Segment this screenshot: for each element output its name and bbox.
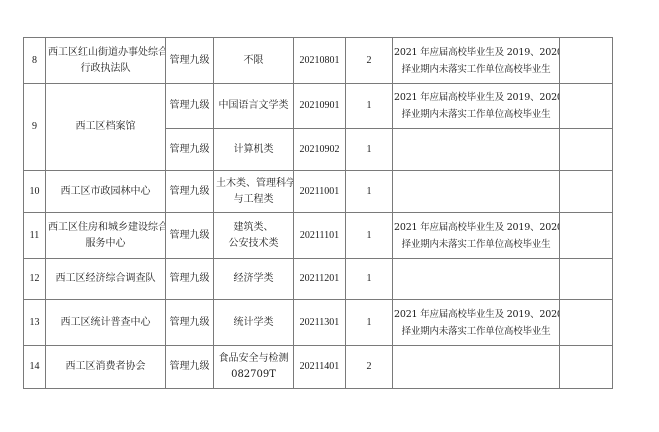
table-row: 11 西工区住房和城乡建设综合 服务中心 管理九级 建筑类、 公安技术类 202… [24, 213, 613, 259]
applicant-requirement: 2021 年应届高校毕业生及 2019、2020 年 择业期内未落实工作单位高校… [393, 84, 560, 129]
applicant-requirement: 2021 年应届高校毕业生及 2019、2020 年 择业期内未落实工作单位高校… [393, 38, 560, 84]
major-requirement: 统计学类 [214, 300, 294, 346]
note-cell [560, 259, 613, 300]
position-level: 管理九级 [166, 259, 214, 300]
position-level: 管理九级 [166, 300, 214, 346]
applicant-requirement [393, 171, 560, 213]
employer-unit: 西工区住房和城乡建设综合 服务中心 [46, 213, 166, 259]
hiring-count: 1 [346, 213, 393, 259]
major-requirement: 中国语言文学类 [214, 84, 294, 129]
row-index: 8 [24, 38, 46, 84]
position-code: 20210902 [294, 129, 346, 171]
position-level: 管理九级 [166, 213, 214, 259]
note-cell [560, 346, 613, 389]
note-cell [560, 129, 613, 171]
row-index: 10 [24, 171, 46, 213]
position-level: 管理九级 [166, 84, 214, 129]
row-index: 13 [24, 300, 46, 346]
employer-unit: 西工区统计普查中心 [46, 300, 166, 346]
table-row: 14 西工区消费者协会 管理九级 食品安全与检测 082709T 2021140… [24, 346, 613, 389]
hiring-count: 1 [346, 171, 393, 213]
position-code: 20211201 [294, 259, 346, 300]
position-level: 管理九级 [166, 38, 214, 84]
hiring-count: 1 [346, 300, 393, 346]
position-code: 20210801 [294, 38, 346, 84]
applicant-requirement [393, 346, 560, 389]
row-index: 9 [24, 84, 46, 171]
position-code: 20210901 [294, 84, 346, 129]
major-requirement: 不限 [214, 38, 294, 84]
table-row: 8 西工区红山街道办事处综合 行政执法队 管理九级 不限 20210801 2 … [24, 38, 613, 84]
employer-unit: 西工区消费者协会 [46, 346, 166, 389]
position-level: 管理九级 [166, 346, 214, 389]
hiring-count: 1 [346, 84, 393, 129]
note-cell [560, 84, 613, 129]
hiring-count: 2 [346, 346, 393, 389]
employer-unit: 西工区档案馆 [46, 84, 166, 171]
table-row: 12 西工区经济综合调查队 管理九级 经济学类 20211201 1 [24, 259, 613, 300]
applicant-requirement: 2021 年应届高校毕业生及 2019、2020 年 择业期内未落实工作单位高校… [393, 300, 560, 346]
row-index: 12 [24, 259, 46, 300]
major-requirement: 经济学类 [214, 259, 294, 300]
position-level: 管理九级 [166, 129, 214, 171]
note-cell [560, 171, 613, 213]
major-requirement: 土木类、管理科学 与工程类 [214, 171, 294, 213]
major-requirement: 建筑类、 公安技术类 [214, 213, 294, 259]
hiring-count: 2 [346, 38, 393, 84]
applicant-requirement [393, 129, 560, 171]
employer-unit: 西工区红山街道办事处综合 行政执法队 [46, 38, 166, 84]
applicant-requirement: 2021 年应届高校毕业生及 2019、2020 年 择业期内未落实工作单位高校… [393, 213, 560, 259]
position-code: 20211101 [294, 213, 346, 259]
position-code: 20211401 [294, 346, 346, 389]
position-level: 管理九级 [166, 171, 214, 213]
note-cell [560, 213, 613, 259]
hiring-count: 1 [346, 129, 393, 171]
position-code: 20211301 [294, 300, 346, 346]
row-index: 11 [24, 213, 46, 259]
major-requirement: 食品安全与检测 082709T [214, 346, 294, 389]
table-row: 9 西工区档案馆 管理九级 中国语言文学类 20210901 1 2021 年应… [24, 84, 613, 129]
position-code: 20211001 [294, 171, 346, 213]
note-cell [560, 38, 613, 84]
major-requirement: 计算机类 [214, 129, 294, 171]
employer-unit: 西工区市政园林中心 [46, 171, 166, 213]
job-positions-table: 8 西工区红山街道办事处综合 行政执法队 管理九级 不限 20210801 2 … [23, 37, 613, 389]
note-cell [560, 300, 613, 346]
employer-unit: 西工区经济综合调查队 [46, 259, 166, 300]
applicant-requirement [393, 259, 560, 300]
row-index: 14 [24, 346, 46, 389]
table-row: 13 西工区统计普查中心 管理九级 统计学类 20211301 1 2021 年… [24, 300, 613, 346]
hiring-count: 1 [346, 259, 393, 300]
table-row: 10 西工区市政园林中心 管理九级 土木类、管理科学 与工程类 20211001… [24, 171, 613, 213]
